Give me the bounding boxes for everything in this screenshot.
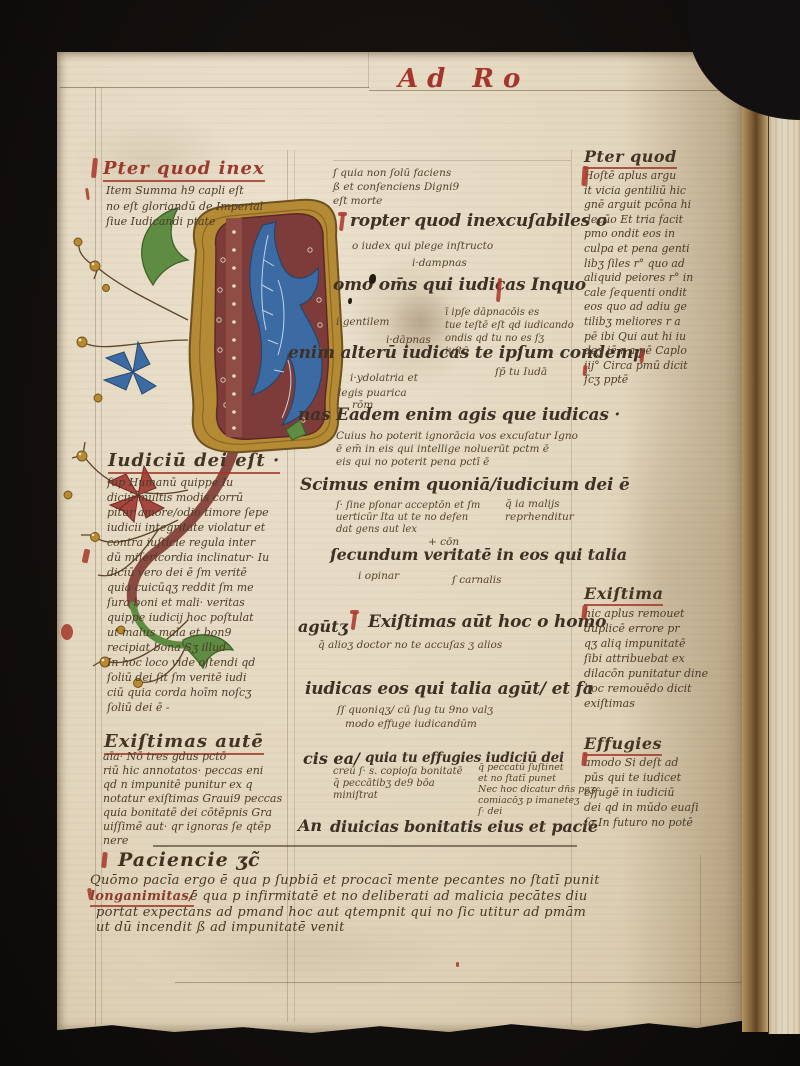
gloss-line: qd n impunitē punitur ex q [103, 778, 282, 792]
rubric-mark [338, 212, 347, 216]
gloss-line: ſ· ſine pſonar acceptōn et ſm [336, 500, 480, 512]
gloss-line: reprhenditur [505, 511, 574, 524]
gloss-line: Hoſtē aplus argu [584, 169, 693, 184]
gloss-line: duplicē errore pr [584, 621, 708, 636]
bottom-text-line: ut dū incendit ß ad impunitatē venit [96, 920, 345, 935]
main-text-line: ſecundum veritatē in eos qui talia [330, 546, 627, 564]
interlinear-gloss: i gentilem [336, 316, 390, 329]
rubric-mark [350, 610, 359, 614]
top-gloss-block: ſ quia non ſolū faciensß et conſenciens … [333, 166, 459, 208]
gloss-line: eſt morte [333, 194, 459, 208]
interlinear-gloss: o iudex qui plege inſtructo [352, 240, 493, 253]
main-text-line: Exiſtimas aūt hoc o homo [368, 613, 606, 632]
ruling-line [700, 855, 701, 1025]
gloss-line: dilacōn punitatur dine [584, 666, 708, 681]
gloss-line: miniſtrat [333, 790, 463, 802]
gloss-line: deʒ iē r a pē Caplo [584, 344, 693, 359]
interlinear-gloss: i·dampnas [412, 257, 467, 270]
gloss-line: aliquid peiores r° in [584, 271, 693, 286]
right-gloss-propter: Hoſtē aplus arguit vicia gentiliū hicgnē… [584, 169, 693, 388]
main-text-line: Scimus enim quoniā/iudicium dei ē [300, 476, 630, 495]
gloss-line: pūs qui te iudicet [584, 770, 699, 785]
book-gutter-fold [742, 52, 768, 1032]
gloss-line: ſcʒ pptē [584, 373, 693, 388]
gloss-line: ſura boni et mali· veritas [107, 595, 269, 610]
gloss-line: Nec hoc dicatur dn̄s peʒ [478, 784, 595, 795]
gloss-line: dū miſericordia inclinatur· Iu [107, 550, 269, 565]
left-gloss-heading-iudicium: Iudiciū dei eſt · [108, 450, 280, 474]
rubric-speck [456, 962, 459, 967]
manuscript-leaf: Ad Ro P [57, 52, 745, 1034]
gloss-line: ut malus mala et bon9 [107, 625, 269, 640]
rubric-mark [61, 624, 73, 640]
interlinear-gloss: ſp̄ tu Iudā [495, 366, 547, 379]
rubric-mark [91, 158, 98, 178]
gloss-line: ē em̄ in eis qui intellige noluerūt pctm… [336, 443, 578, 456]
interlinear-gloss: i·ydolatria et [350, 372, 418, 385]
gloss-line: ß et conſenciens Digni9 [333, 180, 459, 194]
gloss-line: pmo ondit eos in [584, 227, 693, 242]
gloss-line: diciū multis modis corrū [107, 490, 269, 505]
gloss-line: ſa In futuro no potē [584, 815, 699, 830]
gloss-line: culpa et pena genti [584, 242, 693, 257]
gloss-line: quia bonitatē dei cōtēpnis Gra [103, 806, 282, 820]
gloss-line: qʒ aliq impunitatē [584, 636, 708, 651]
right-gloss-heading-effugies: Effugies [584, 734, 662, 756]
left-gloss-iudicium: ſup Humanū quippe Iudiciū multis modis c… [107, 475, 269, 715]
bottom-text-line: ē qua p infirmitatē et no deliberati ad … [190, 889, 588, 904]
interlinear-gloss-block: q̄ peccatū ſuſtinetet no ſtatī punetNec … [478, 762, 595, 817]
gloss-line: ī ipſe dāpnacōis es [445, 306, 574, 319]
gloss-line: ſ quia non ſolū faciens [333, 166, 459, 180]
right-gloss-heading-existima: Exiſtima [584, 584, 663, 606]
gloss-line: et no ſtatī punet [478, 773, 595, 784]
gloss-line: eos quo ad adiu ge [584, 300, 693, 315]
interlinear-gloss-block: q̄ ia malijsreprhenditur [505, 498, 574, 524]
main-text-line: iudicas eos qui talia agūt/ et fa [305, 680, 594, 699]
left-gloss-summary: Item Summa h9 capli eſtno eſt gloriandū … [106, 183, 263, 230]
gloss-line: uerticūr Ita ut te no defen [336, 512, 480, 524]
gloss-line: q̄ ia malijs [505, 498, 574, 511]
gloss-line: hoc remouēdo dicit [584, 681, 708, 696]
gloss-line: libʒ ſiles r° quo ad [584, 257, 693, 272]
facing-page-edge [768, 116, 800, 1034]
gloss-line: tue teſtē eſt qd iudicando [445, 319, 574, 332]
gloss-line: creū ſ· s. copioſa bonitatē [333, 766, 463, 778]
gloss-line: no eſt gloriandū de Imperial [106, 199, 263, 215]
gloss-line: Item Summa h9 capli eſt [106, 183, 263, 199]
bottom-heading-paciencie: Paciencie ʒc̃ [118, 849, 261, 871]
gloss-line: In hoc loco vide oſtendi qd [107, 655, 269, 670]
gloss-line: Cuius ho poterit ignorācia vos excuſatur… [336, 430, 578, 443]
gloss-line: pē ibi Qui aut hi iu [584, 330, 693, 345]
main-text-line: ropter quod inexcuſabiles o [350, 212, 607, 231]
gloss-line: exiſtimas [584, 696, 708, 711]
ruling-line [60, 87, 369, 88]
gloss-line: effugē in iudiciū [584, 785, 699, 800]
gloss-line: ſoliū dei ſit ſm veritē iudi [107, 670, 269, 685]
interlinear-gloss-block: Cuius ho poterit ignorācia vos excuſatur… [336, 430, 578, 469]
gloss-line: uiſſimē aut· qr ignoras ſe qtēp [103, 820, 282, 834]
gloss-line: gnē arguit pcōna hi [584, 198, 693, 213]
rubric-mark [101, 852, 108, 868]
gloss-line: aīa· Nō tres gdus pctō [103, 750, 282, 764]
gloss-line: dei qd in mūdo euaſi [584, 800, 699, 815]
gloss-line: q̄ peccātibʒ de9 bōa [333, 778, 463, 790]
ink-blot [348, 298, 352, 304]
gloss-line: amodo Si deſt ad [584, 755, 699, 770]
gloss-line: quippe iudicij hoc poſtulat [107, 610, 269, 625]
gloss-line: tilibʒ meliores r a [584, 315, 693, 330]
gloss-line: quia cuicūqʒ reddit ſm me [107, 580, 269, 595]
main-text-catchword: An [298, 816, 322, 835]
gloss-line: q̄ peccatū ſuſtinet [478, 762, 595, 773]
gloss-line: contra iuſticie regula inter [107, 535, 269, 550]
gloss-line: ciū quia corda hoīm noſcʒ [107, 685, 269, 700]
gloss-line: decūo Et tria facit [584, 213, 693, 228]
right-gloss-heading-propter: Pter quod [584, 147, 677, 169]
gloss-line: recipiat bona Sʒ illud [107, 640, 269, 655]
gloss-line: ſ· dei [478, 806, 595, 817]
photo-backdrop: { "palette":{"rubric_red":"#a33a2c","gol… [0, 0, 800, 1066]
gloss-line: comiacōʒ p imaneteʒ [478, 795, 595, 806]
gloss-line: notatur exiſtimas Graui9 peccas [103, 792, 282, 806]
gloss-line: nere [103, 834, 282, 848]
left-gloss-existimas: aīa· Nō tres gdus pctōriū hic annotatos·… [103, 750, 282, 848]
rubric-mark [351, 612, 357, 630]
gloss-line: cale ſequenti ondit [584, 286, 693, 301]
interlinear-gloss: modo effuge iudicandūm [345, 718, 477, 731]
gloss-line: ſibi attribuebat ex [584, 651, 708, 666]
gloss-line: ſoliū dei ē - [107, 700, 269, 715]
right-gloss-existima: hic aplus remouetduplicē errore prqʒ ali… [584, 606, 708, 711]
ruling-line [333, 160, 571, 161]
gloss-line: ſup Humanū quippe Iu [107, 475, 269, 490]
interlinear-gloss: ſ carnalis [452, 574, 502, 587]
interlinear-gloss: i opinar [358, 570, 399, 583]
bottom-text-line: portat expectans ad pmand hoc aut qtempn… [96, 905, 586, 920]
main-text-line: diuicias bonitatis eius et paciē [330, 818, 598, 836]
gloss-line: diciū vero dei ē ſm veritē [107, 565, 269, 580]
gloss-line: iudicii integritate violatur et [107, 520, 269, 535]
interlinear-gloss-block: ſ· ſine pſonar acceptōn et ſmuerticūr It… [336, 500, 480, 536]
main-text-line: nas Eadem enim agis que iudicas · [298, 406, 620, 425]
gloss-line: riū hic annotatos· peccas eni [103, 764, 282, 778]
left-gloss-heading-propter: Pter quod inex [103, 158, 265, 182]
interlinear-gloss: ſſ quoniqʒ/ cū ſug tu 9no valʒ [337, 704, 493, 717]
bottom-text-line: Quōmo pacīa ergo ē qua p ſupbiā et proca… [90, 873, 600, 888]
right-gloss-effugies: amodo Si deſt adpūs qui te iudiceteffugē… [584, 755, 699, 830]
interlinear-gloss-block: creū ſ· s. copioſa bonitatēq̄ peccātibʒ … [333, 766, 463, 802]
main-text-catchword: agūtʒ [298, 617, 348, 636]
gloss-line: dat gens aut lex [336, 524, 480, 536]
gloss-line: hic aplus remouet [584, 606, 708, 621]
gloss-line: ſiue Iudicandi ptate [106, 214, 263, 230]
interlinear-gloss: q̄ alioʒ doctor no te accuſas ʒ alios [318, 639, 502, 652]
ruling-line [175, 982, 742, 983]
gloss-line: pitur amore/odio timore ſepe [107, 505, 269, 520]
ruling-line [368, 52, 369, 88]
running-header: Ad Ro [398, 64, 529, 94]
gloss-line: it vicia gentiliū hic [584, 184, 693, 199]
gloss-line: eis qui no poterit pena pctī ē [336, 456, 578, 469]
